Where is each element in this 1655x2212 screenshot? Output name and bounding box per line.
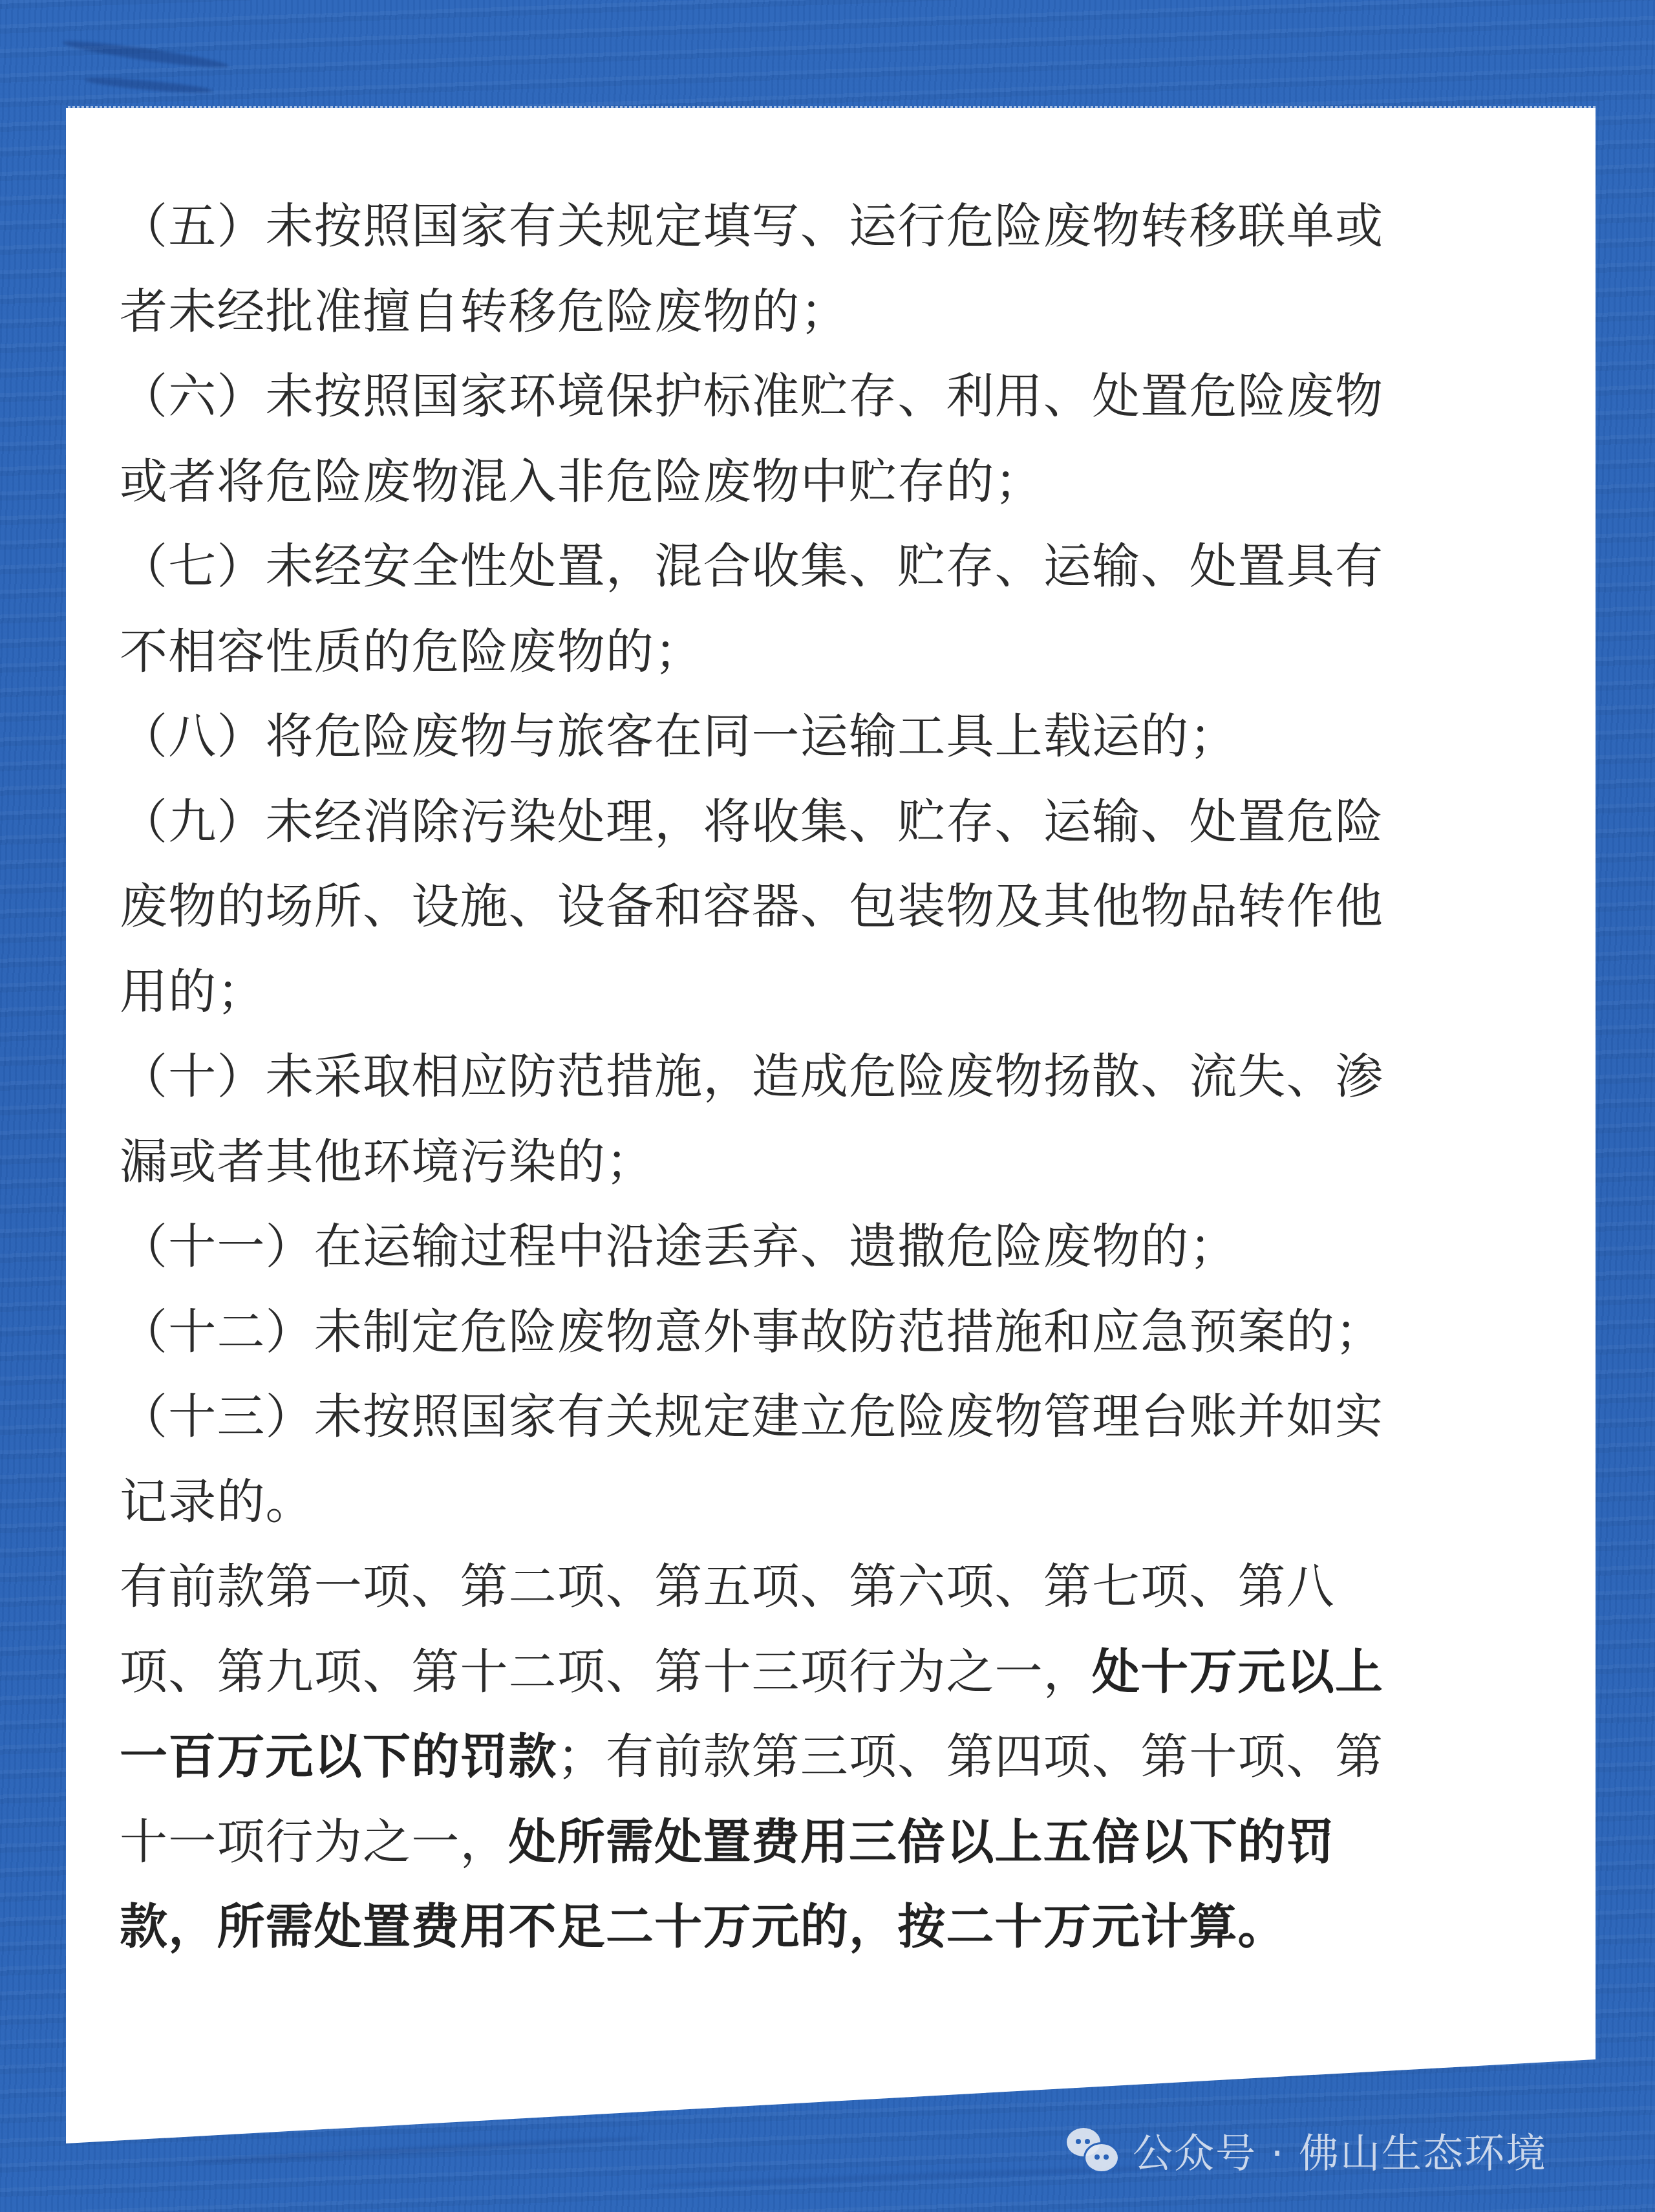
text-segment: ；有前款第三项、第四项、第十项、第: [557, 1729, 1383, 1785]
wechat-icon: [1067, 2124, 1118, 2176]
text-line: 或者将危险废物混入非危险废物中贮存的；: [120, 440, 1542, 525]
text-segment: 项、第九项、第十二项、第十三项行为之一，: [120, 1644, 1092, 1700]
text-line: 记录的。: [120, 1460, 1542, 1545]
text-segment: 或者将危险废物混入非危险废物中贮存的；: [120, 454, 1043, 510]
text-segment: 废物的场所、设施、设备和容器、包装物及其他物品转作他: [120, 879, 1383, 934]
text-segment: （七）未经安全性处置，混合收集、贮存、运输、处置具有: [120, 539, 1383, 594]
text-line: （十一）在运输过程中沿途丢弃、遗撒危险废物的；: [120, 1205, 1542, 1290]
text-segment: （八）将危险废物与旅客在同一运输工具上载运的；: [120, 709, 1238, 764]
text-segment: （十二）未制定危险废物意外事故防范措施和应急预案的；: [120, 1304, 1383, 1360]
text-segment: 漏或者其他环境污染的；: [120, 1134, 654, 1190]
text-line: 款，所需处置费用不足二十万元的，按二十万元计算。: [120, 1885, 1542, 1970]
text-line: 漏或者其他环境污染的；: [120, 1120, 1542, 1205]
text-segment: 记录的。: [120, 1474, 314, 1530]
text-line: 废物的场所、设施、设备和容器、包装物及其他物品转作他: [120, 864, 1542, 950]
watermark-footer: 公众号 · 佛山生态环境: [1067, 2118, 1547, 2182]
text-line: （十三）未按照国家有关规定建立危险废物管理台账并如实: [120, 1375, 1542, 1460]
text-line: （十）未采取相应防范措施，造成危险废物扬散、流失、渗: [120, 1035, 1542, 1120]
bold-penalty-text: 处十万元以上: [1092, 1644, 1383, 1700]
text-line: 有前款第一项、第二项、第五项、第六项、第七项、第八: [120, 1545, 1542, 1630]
text-line: 一百万元以下的罚款；有前款第三项、第四项、第十项、第: [120, 1715, 1542, 1800]
text-line: （十二）未制定危险废物意外事故防范措施和应急预案的；: [120, 1290, 1542, 1375]
legal-text-body: （五）未按照国家有关规定填写、运行危险废物转移联单或者未经批准擅自转移危险废物的…: [120, 184, 1542, 1970]
text-segment: 十一项行为之一，: [120, 1814, 509, 1870]
text-segment: 有前款第一项、第二项、第五项、第六项、第七项、第八: [120, 1559, 1335, 1615]
bold-penalty-text: 处所需处置费用三倍以上五倍以下的罚: [509, 1814, 1335, 1870]
text-line: （六）未按照国家环境保护标准贮存、利用、处置危险废物: [120, 354, 1542, 440]
text-segment: 者未经批准擅自转移危险废物的；: [120, 284, 849, 339]
text-line: 用的；: [120, 950, 1542, 1035]
text-segment: 用的；: [120, 964, 266, 1020]
text-line: 项、第九项、第十二项、第十三项行为之一，处十万元以上: [120, 1630, 1542, 1715]
text-line: 十一项行为之一，处所需处置费用三倍以上五倍以下的罚: [120, 1800, 1542, 1885]
text-line: 者未经批准擅自转移危险废物的；: [120, 270, 1542, 355]
text-line: （五）未按照国家有关规定填写、运行危险废物转移联单或: [120, 184, 1542, 270]
bold-penalty-text: 款，所需处置费用不足二十万元的，按二十万元计算。: [120, 1899, 1287, 1955]
text-line: 不相容性质的危险废物的；: [120, 610, 1542, 695]
text-line: （八）将危险废物与旅客在同一运输工具上载运的；: [120, 694, 1542, 780]
text-segment: （十一）在运输过程中沿途丢弃、遗撒危险废物的；: [120, 1219, 1238, 1274]
account-name-label: 公众号 · 佛山生态环境: [1133, 2121, 1547, 2179]
bold-penalty-text: 一百万元以下的罚款: [120, 1729, 557, 1785]
text-line: （七）未经安全性处置，混合收集、贮存、运输、处置具有: [120, 524, 1542, 610]
text-segment: 不相容性质的危险废物的；: [120, 624, 703, 680]
text-segment: （十）未采取相应防范措施，造成危险废物扬散、流失、渗: [120, 1049, 1383, 1104]
text-segment: （九）未经消除污染处理，将收集、贮存、运输、处置危险: [120, 794, 1383, 850]
text-segment: （六）未按照国家环境保护标准贮存、利用、处置危险废物: [120, 369, 1383, 424]
text-segment: （十三）未按照国家有关规定建立危险废物管理台账并如实: [120, 1389, 1383, 1444]
text-segment: （五）未按照国家有关规定填写、运行危险废物转移联单或: [120, 199, 1383, 254]
text-line: （九）未经消除污染处理，将收集、贮存、运输、处置危险: [120, 780, 1542, 865]
